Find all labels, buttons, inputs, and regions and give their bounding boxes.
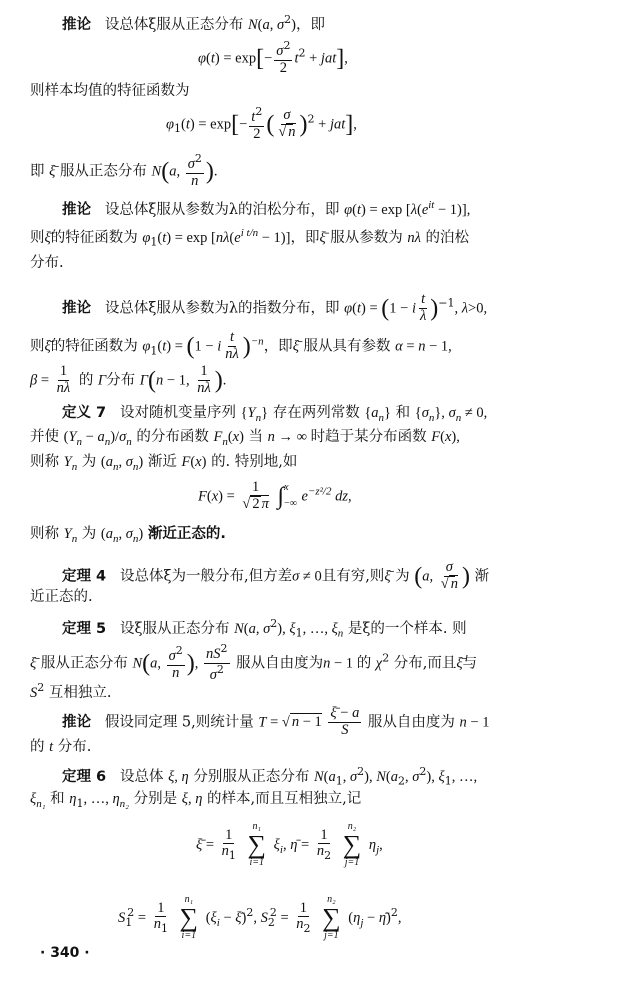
theorem-4-line2: 近正态的. [30,590,93,605]
corollary-text: 设总体ξ服从正态分布 [105,17,244,33]
theorem-5-line2: ξ̄ 服从正态分布 N(a, σ2n), nS2σ2 服从自由度为n − 1 的… [30,643,477,684]
corollary-exponential-line2: 则ξ̄的特征函数为 φ1(t) = (1 − itnλ)−n，即ξ̄ 服从具有参… [30,330,452,363]
paragraph-asymptotic-normal: 则称 Yn 为 (an, σn) 渐近正态的. [30,527,226,545]
theorem-label: 定理 4 [62,568,106,584]
equation-sample-means: ξ̄ = 1n1 n₁∑i=1 ξi, η̄ = 1n2 n₂∑j=1 ηj, [196,822,383,868]
equation-phi1: φ1(t) = exp[−t22(σ√n)2 + jat], [166,106,357,143]
corollary-t-distribution: 推论 假设同定理 5,则统计量 T = √n − 1 ξ̄ − aS 服从自由度… [62,706,489,739]
corollary-label: 推论 [62,300,91,316]
theorem-5-line3: S2 互相独立. [30,682,111,700]
paragraph-normal-result: 即 ξ̄ 服从正态分布 N(a, σ2n). [30,153,218,190]
corollary-poisson: 推论 设总体ξ服从参数为λ的泊松分布，即 φ(t) = exp [λ(eit −… [62,200,470,217]
definition-7-line3: 则称 Yn 为 (an, σn) 渐近 F(x) 的. 特别地,如 [30,455,297,473]
corollary-exponential: 推论 设总体ξ服从参数为λ的指数分布，即 φ(t) = (1 − itλ)−1,… [62,292,487,325]
math-normal-dist: N [248,17,258,33]
definition-label: 定义 7 [62,405,106,421]
theorem-4: 定理 4 设总体ξ为一般分布,但方差σ ≠ 0且有穷,则ξ̄ 为 (a, σ√n… [62,560,489,593]
corollary-poisson-line2: 则ξ̄的特征函数为 φ1(t) = exp [nλ(ei t/n − 1)]，即… [30,228,469,248]
corollary-t-distribution-line2: 的 t 分布. [30,740,91,755]
corollary-exponential-line3: β = 1nλ 的 Γ分布 Γ(n − 1, 1nλ). [30,364,226,397]
equation-phi: φ(t) = exp[−σ22t2 + jat], [198,40,348,77]
theorem-label: 定理 6 [62,769,106,785]
equation-sample-variances: S12 = 1n1 n₁∑i=1 (ξi − ξ̄)2, S22 = 1n2 n… [118,895,402,941]
theorem-5: 定理 5 设ξ服从正态分布 N(a, σ2), ξ1, …, ξn 是ξ的一个样… [62,618,467,640]
corollary-label: 推论 [62,714,91,730]
page-number: · 340 · [40,946,90,960]
theorem-6-line2: ξn₁ 和 η1, …, ηn₂ 分别是 ξ, η 的样本,而且互相独立,记 [30,792,361,810]
definition-7: 定义 7 设对随机变量序列 {Yn} 存在两列常数 {an} 和 {σn}, σ… [62,406,487,424]
corollary-poisson-line3: 分布. [30,256,64,271]
corollary-label: 推论 [62,202,91,218]
definition-7-line2: 并使 (Yn − an)/σn 的分布函数 Fn(x) 当 n → ∞ 时趋于某… [30,430,460,448]
theorem-6: 定理 6 设总体 ξ, η 分别服从正态分布 N(a1, σ2), N(a2, … [62,766,477,787]
corollary-label: 推论 [62,17,91,33]
corollary-normal: 推论 设总体ξ服从正态分布 N(a, σ2)，即 [62,14,325,32]
paragraph-sample-mean: 则样本均值的特征函数为 [30,84,190,99]
equation-normal-cdf: F(x) = 1√2π ∫x−∞ e−z²/2 dz, [198,480,352,513]
theorem-label: 定理 5 [62,621,106,637]
